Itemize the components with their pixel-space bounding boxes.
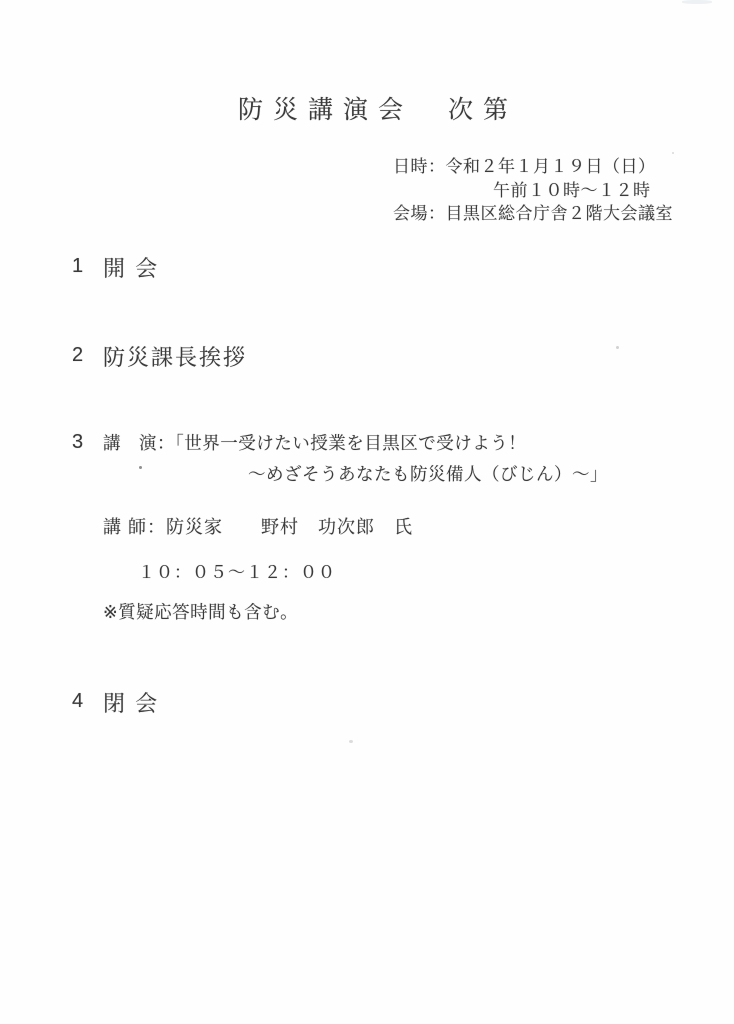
lecture-time-line: １０：０５～１２：００ (138, 563, 336, 583)
lecturer-line: 講 師：防災家 野村 功次郎 氏 (103, 517, 413, 538)
agenda-item-1-label: 開 会 (103, 255, 159, 281)
meta-datetime-line1: 日時：令和２年１月１９日（日） (393, 157, 656, 177)
agenda-item-1: 1 開 会 (72, 255, 159, 281)
agenda-item-3-number: 3 (72, 431, 103, 454)
agenda-item-2-number: 2 (72, 344, 103, 367)
document-title: 防災講演会 次第 (238, 96, 518, 125)
scan-speck-faint-3 (672, 152, 674, 154)
scanned-document-page: 防災講演会 次第 日時：令和２年１月１９日（日） 午前１０時～１２時 会場：目黒… (0, 0, 734, 1024)
scan-speck-dot (139, 466, 142, 469)
agenda-item-4-label: 閉 会 (103, 690, 159, 716)
agenda-item-1-number: 1 (72, 255, 103, 278)
lecture-note-line: ※質疑応答時間も含む。 (103, 602, 298, 622)
agenda-item-2-label: 防災課長挨拶 (103, 344, 247, 370)
agenda-item-4: 4 閉 会 (72, 690, 159, 716)
scan-speck-faint-1 (616, 346, 619, 349)
meta-datetime-line2: 午前１０時～１２時 (493, 181, 651, 201)
scan-edge-smudge (682, 0, 712, 4)
agenda-item-4-number: 4 (72, 690, 103, 713)
agenda-item-3: 3 講 演：「世界一受けたい授業を目黒区で受けよう！ (72, 431, 526, 454)
agenda-item-3-label-line2: ～めざそうあなたも防災備人（びじん）～」 (248, 464, 608, 484)
meta-venue-line: 会場：目黒区総合庁舎２階大会議室 (393, 204, 673, 224)
agenda-item-2: 2 防災課長挨拶 (72, 344, 247, 370)
agenda-item-3-label: 講 演：「世界一受けたい授業を目黒区で受けよう！ (103, 431, 526, 453)
scan-speck-faint-2 (349, 740, 353, 743)
